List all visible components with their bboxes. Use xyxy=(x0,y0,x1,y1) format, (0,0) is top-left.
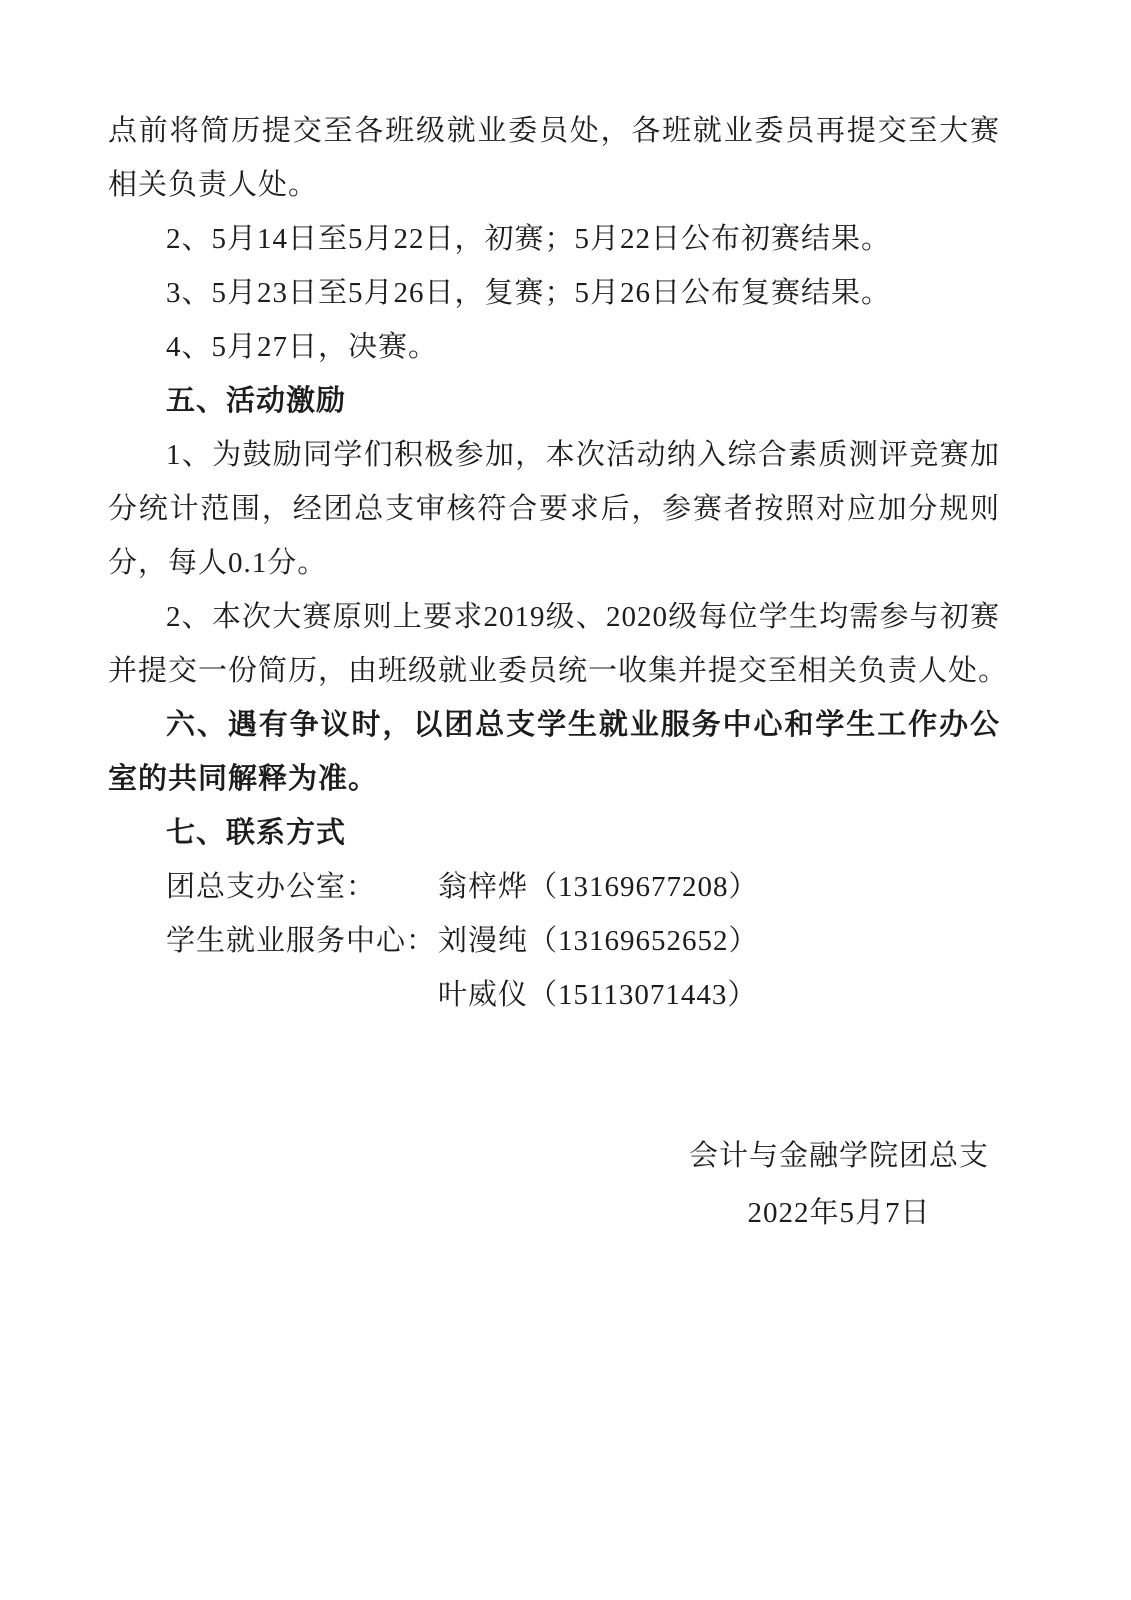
contact-value: 刘漫纯（13169652652） xyxy=(438,914,759,968)
text-line: 分统计范围，经团总支审核符合要求后，参赛者按照对应加分规则加 xyxy=(108,482,1000,536)
text-line: 3、5月23日至5月26日，复赛；5月26日公布复赛结果。 xyxy=(108,266,1000,320)
contact-row: 学生就业服务中心：刘漫纯（13169652652） xyxy=(108,914,1000,968)
text-line: 2、本次大赛原则上要求2019级、2020级每位学生均需参与初赛 xyxy=(108,590,1000,644)
contact-value: 翁梓烨（13169677208） xyxy=(438,860,759,914)
text-line: 2、5月14日至5月22日，初赛；5月22日公布初赛结果。 xyxy=(108,212,1000,266)
text-line: 点前将简历提交至各班级就业委员处，各班就业委员再提交至大赛 xyxy=(108,104,1000,158)
text-line: 五、活动激励 xyxy=(108,374,1000,428)
contact-value: 叶威仪（15113071443） xyxy=(438,968,757,1022)
contact-row: 叶威仪（15113071443） xyxy=(108,968,1000,1022)
text-line: 4、5月27日，决赛。 xyxy=(108,320,1000,374)
document-page: 点前将简历提交至各班级就业委员处，各班就业委员再提交至大赛相关负责人处。2、5月… xyxy=(0,0,1131,1600)
contact-row: 团总支办公室：翁梓烨（13169677208） xyxy=(108,860,1000,914)
text-line: 六、遇有争议时，以团总支学生就业服务中心和学生工作办公 xyxy=(108,698,1000,752)
contact-list: 团总支办公室：翁梓烨（13169677208）学生就业服务中心：刘漫纯（1316… xyxy=(108,860,1000,1022)
text-line: 七、联系方式 xyxy=(108,806,1000,860)
text-line: 并提交一份简历，由班级就业委员统一收集并提交至相关负责人处。 xyxy=(108,644,1000,698)
document-body: 点前将简历提交至各班级就业委员处，各班就业委员再提交至大赛相关负责人处。2、5月… xyxy=(108,104,1000,860)
text-line: 分，每人0.1分。 xyxy=(108,536,1000,590)
text-line: 相关负责人处。 xyxy=(108,158,1000,212)
signature-org: 会计与金融学院团总支 xyxy=(684,1128,994,1185)
contact-label: 团总支办公室： xyxy=(166,860,438,914)
text-line: 1、为鼓励同学们积极参加，本次活动纳入综合素质测评竞赛加 xyxy=(108,428,1000,482)
contact-label: 学生就业服务中心： xyxy=(166,914,438,968)
text-line: 室的共同解释为准。 xyxy=(108,752,1000,806)
signature-block: 会计与金融学院团总支 2022年5月7日 xyxy=(684,1128,994,1242)
signature-date: 2022年5月7日 xyxy=(684,1185,994,1242)
